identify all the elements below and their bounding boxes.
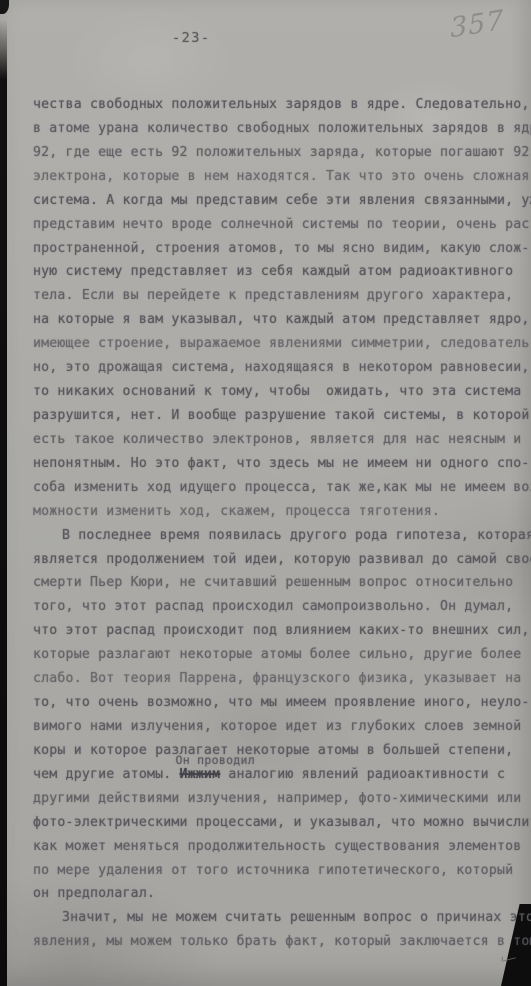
- text-line: явления, мы можем только брать факт, кот…: [33, 930, 529, 954]
- scanned-document-page: 357 -23- чества свободных положительных …: [0, 0, 531, 986]
- text-line: смерти Пьер Кюри, не считавший решенным …: [33, 571, 529, 595]
- text-line: другими действиями излучения, например, …: [33, 787, 529, 811]
- text-line: что этот распад происходит под влиянием …: [33, 619, 529, 643]
- text-line: представим нечто вроде солнечной системы…: [33, 213, 529, 237]
- text-line: система. А когда мы представим себе эти …: [33, 189, 529, 213]
- text-line: он предполагал.: [33, 882, 529, 906]
- text-line: Значит, мы не можем считать решенным воп…: [33, 906, 529, 930]
- text-line: по мере удаления от того источника гипот…: [33, 859, 529, 883]
- text-line: то, что очень возможно, что мы имеем про…: [33, 691, 529, 715]
- text-line: пространенной, строения атомов, то мы яс…: [33, 237, 529, 261]
- text-line: разрушится, нет. И вообще разрушение так…: [33, 404, 529, 428]
- text-line: чества свободных положительных зарядов в…: [33, 93, 529, 117]
- text-line: можности изменить ход, скажем, процесса …: [33, 500, 529, 524]
- text-line: в атоме урана количество свободных полож…: [33, 117, 529, 141]
- text-line: электрона, которые в нем находятся. Так …: [33, 165, 529, 189]
- strikethrough-word: ИжжимОн проводил: [180, 767, 221, 782]
- text-line: которые разлагают некоторые атомы более …: [33, 643, 529, 667]
- typed-insertion-above-line: Он проводил: [176, 755, 255, 766]
- text-line: есть такое количество электронов, являет…: [33, 428, 529, 452]
- text-line: того, что этот распад происходил самопро…: [33, 595, 529, 619]
- text-line: чем другие атомы. ИжжимОн проводил анало…: [33, 763, 529, 787]
- text-line: тела. Если вы перейдете к представлениям…: [33, 284, 529, 308]
- text-line: вимого нами излучения, которое идет из г…: [33, 715, 529, 739]
- text-line: является продолжением той идеи, которую …: [33, 548, 529, 572]
- text-line: коры и которое разлагает некоторые атомы…: [33, 739, 529, 763]
- text-line: непонятным. Но это факт, что здесь мы не…: [33, 452, 529, 476]
- text-line: соба изменить ход идущего процесса, так …: [33, 476, 529, 500]
- text-line: имеющее строение, выражаемое явлениями с…: [33, 332, 529, 356]
- scan-artifact-left-edge: [0, 0, 7, 986]
- text-line: фото-электрическими процессами, и указыв…: [33, 811, 529, 835]
- text-line: В последнее время появилась другого рода…: [33, 524, 529, 548]
- typewritten-text: чества свободных положительных зарядов в…: [33, 93, 529, 954]
- page-number: -23-: [172, 30, 211, 46]
- text-line: как может меняться продолжительность сущ…: [33, 835, 529, 859]
- text-line: на которые я вам указывал, что каждый ат…: [33, 308, 529, 332]
- text-line: 92, где еще есть 92 положительных заряда…: [33, 141, 529, 165]
- text-line: то никаких оснований к тому, чтобы ожида…: [33, 380, 529, 404]
- text-line: ную систему представляет из себя каждый …: [33, 260, 529, 284]
- text-line: слабо. Вот теория Паррена, французского …: [33, 667, 529, 691]
- text-line: но, это дрожащая система, находящаяся в …: [33, 356, 529, 380]
